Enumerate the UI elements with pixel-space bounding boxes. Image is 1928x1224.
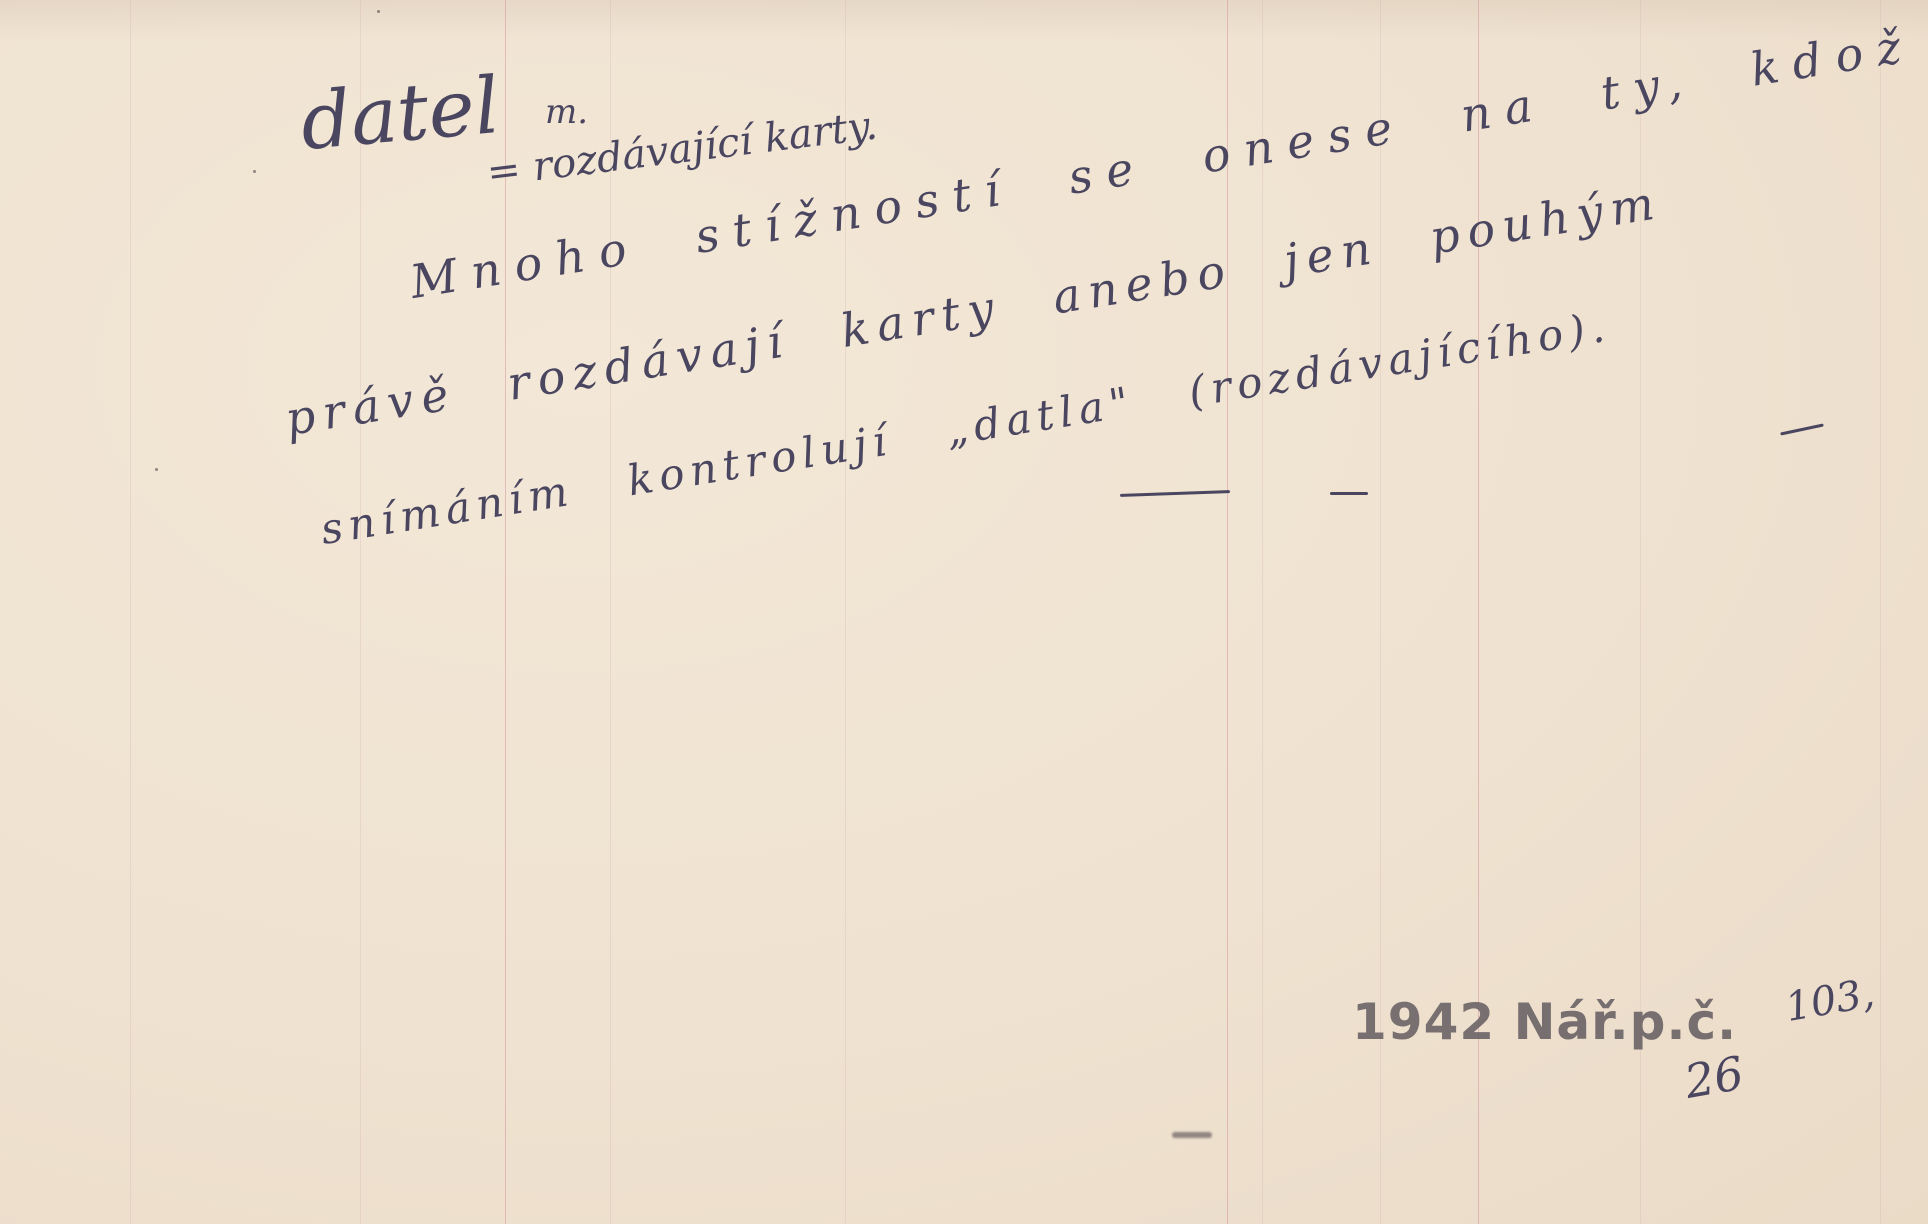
ruling-line (1880, 0, 1881, 1224)
stamp-number-2: 26 (1681, 1046, 1748, 1109)
headword: datel (297, 61, 503, 168)
stamp-number-1: 103, (1782, 970, 1878, 1031)
paper-speck (377, 10, 380, 13)
index-card: datel m. = rozdávající karty. Mnoho stíž… (0, 0, 1928, 1224)
ruling-line (1262, 0, 1263, 1224)
ruling-line (360, 0, 361, 1224)
paper-speck (155, 468, 158, 471)
underline-datla (1120, 490, 1230, 497)
ruling-line (610, 0, 611, 1224)
definition: = rozdávající karty. (484, 102, 879, 196)
grammar-label: m. (545, 92, 588, 132)
ink-smudge (1172, 1132, 1212, 1138)
ruling-line (130, 0, 131, 1224)
archive-stamp: 1942 Nář.p.č. (1352, 993, 1737, 1051)
example-line-3: snímáním kontrolují „datla" (rozdávající… (317, 302, 1613, 554)
ruling-line (1227, 0, 1228, 1224)
underline-mark (1330, 492, 1368, 495)
underline-mark (1780, 423, 1824, 435)
ruling-line (845, 0, 846, 1224)
paper-speck (253, 170, 256, 173)
